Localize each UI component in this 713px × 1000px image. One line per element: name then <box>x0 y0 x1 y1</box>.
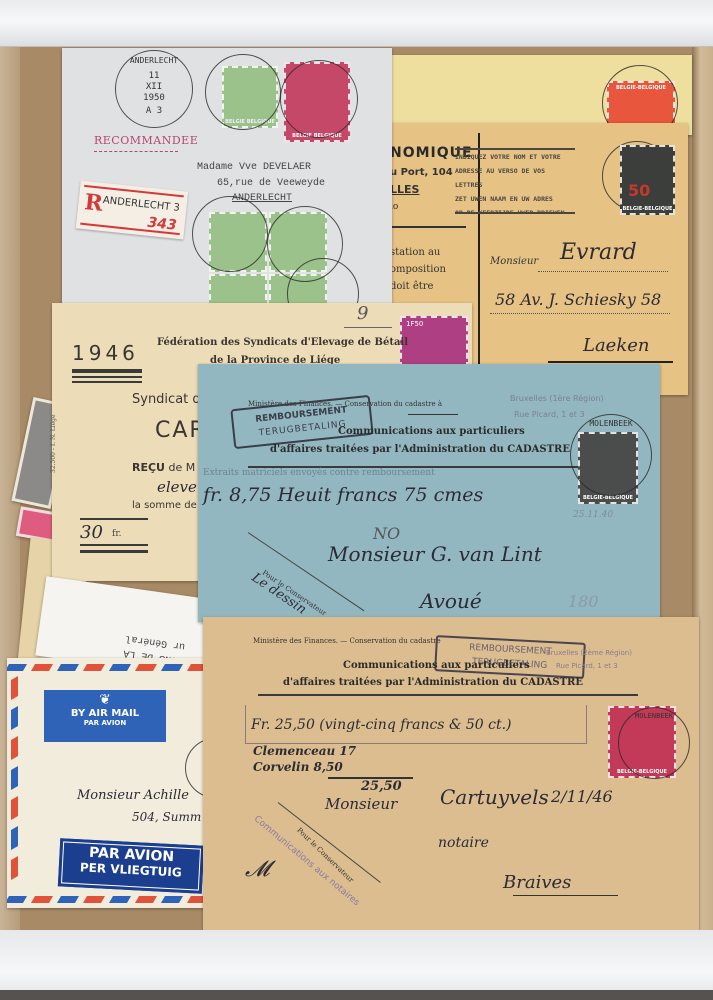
wings-icon: ❦ <box>44 692 166 708</box>
tan-calc-total: 25,50 <box>361 779 402 794</box>
stamp-purple-king: 1F50 <box>400 316 468 368</box>
hand-eleveur: eleve <box>157 478 197 496</box>
card-body-1: station au <box>390 247 440 258</box>
blue-office-1: Bruxelles (1ère Région) <box>510 394 604 403</box>
postmark-anderlecht-3 <box>280 60 358 138</box>
tan-signature: 𝓜 <box>245 857 270 882</box>
fr-label: fr. <box>112 529 122 539</box>
blue-cadastre-cover: Ministère des Finances. — Conservation d… <box>198 364 660 622</box>
box-bottom-shadow <box>0 990 713 1000</box>
tan-town: Braives <box>503 872 571 893</box>
blue-pencil-date: 25.11.40 <box>573 510 613 520</box>
dotted-line <box>490 313 670 314</box>
card-rule <box>390 226 466 228</box>
card-body-3: doit être <box>390 281 433 292</box>
town-underline <box>513 895 618 896</box>
tan-office-1: Bruxelles (2ème Région) <box>546 649 632 657</box>
tan-title-1: Communications aux particuliers <box>343 660 530 671</box>
tan-calc-2: Corvelin 8,50 <box>253 760 343 774</box>
amount-30: 30 <box>80 522 103 543</box>
blue-pencil-code: 180 <box>568 592 599 611</box>
federation-line-1: Fédération des Syndicats d'Elevage de Bé… <box>157 337 408 348</box>
reg-letter: R <box>83 189 104 217</box>
tan-calc-1: Clemenceau 17 <box>253 744 356 758</box>
airmail-hand-2: 504, Summ <box>132 810 201 824</box>
tan-rembourse-box: REMBOURSEMENT TERUGBETALING <box>434 635 586 679</box>
side-print: 32.500 - I. N. Liège <box>50 414 57 473</box>
tan-amount: Fr. 25,50 (vingt-cinq francs & 50 ct.) <box>251 717 512 733</box>
blue-title-1: Communications aux particuliers <box>338 426 525 437</box>
rule-b <box>72 376 142 378</box>
box-top-flap <box>0 0 713 47</box>
postmark-molenbeek-blue: MOLENBEEK <box>570 414 652 496</box>
monsieur-label: Monsieur <box>490 256 538 267</box>
slogan-line-1: INDIQUEZ VOTRE NOM ET VOTRE <box>455 150 575 164</box>
blue-title-2: d'affaires traitées par l'Administration… <box>270 444 570 455</box>
rule-a <box>72 369 142 373</box>
blue-pencil-no: NO <box>373 524 400 543</box>
stamp-leopold-50: 50 BELGIE-BELGIQUE <box>620 145 675 215</box>
blue-addressee: Monsieur G. van Lint <box>328 542 542 566</box>
card-bottom-rule <box>548 361 673 363</box>
blue-short-rule <box>408 414 458 415</box>
slogan-line-2: ADRESSE AU VERSO DE VOS LETTRES <box>455 164 575 192</box>
air-mail-label: ❦ BY AIR MAIL PAR AVION <box>44 690 166 742</box>
card-body-2: omposition <box>390 264 446 275</box>
tan-notaire: notaire <box>438 835 489 851</box>
blue-avoue: Avoué <box>420 589 482 613</box>
recu-rest: de M <box>169 461 196 474</box>
pencil-mark: 9 <box>357 303 368 324</box>
tan-name: Cartuyvels <box>440 785 549 809</box>
air-mail-text: BY AIR MAIL <box>44 708 166 719</box>
hand-street: 58 Av. J. Schiesky 58 <box>495 290 661 309</box>
stamp-label: BELGIE-BELGIQUE <box>622 206 673 212</box>
address-line-1: Madame Vve DEVELAER <box>197 162 311 173</box>
card-address-1: u Port, 104 <box>390 167 453 178</box>
tan-date-note: 2/11/46 <box>551 787 613 806</box>
rule-c <box>72 381 142 383</box>
par-avion-text: PAR AVION <box>44 719 166 727</box>
year-1946: 1946 <box>72 341 139 365</box>
recommandee-label: RECOMMANDEE <box>94 134 198 147</box>
blue-subline: Extraits matriciels envoyés contre rembo… <box>203 468 435 478</box>
slogan-line-4: OP DE KEERZIJDE UWER BRIEVEN <box>455 206 575 214</box>
postmark-anderlecht-2 <box>205 54 281 130</box>
rule-f <box>80 550 148 553</box>
rule-d <box>80 518 148 520</box>
recu-label: REÇU de M <box>132 461 195 474</box>
tan-office-2: Rue Picard, 1 et 3 <box>556 662 618 670</box>
tan-monsieur: Monsieur <box>325 795 397 813</box>
stamp-value: 1F50 <box>406 320 423 328</box>
registered-cover: ANDERLECHT 11 XII 1950 A 3 BELGIE BELGIQ… <box>62 48 392 310</box>
par-avion-etiquette: PAR AVION PER VLIEGTUIG <box>58 838 204 893</box>
blue-amount: fr. 8,75 Heuit francs 75 cmes <box>203 484 483 506</box>
stamp-overprint: 50 <box>628 181 650 200</box>
tan-rule <box>258 694 638 696</box>
blue-office-2: Rue Picard, 1 et 3 <box>514 410 585 419</box>
somme-label: la somme de <box>132 500 197 511</box>
registration-label: R ANDERLECHT 3 343 <box>76 180 188 239</box>
rule-e <box>80 544 148 546</box>
syndicat-label: Syndicat d <box>132 392 201 407</box>
postmark-anderlecht-4 <box>192 196 268 272</box>
slogan-line-3: ZET UWEN NAAM EN UW ADRES <box>455 192 575 206</box>
postmark-anderlecht-1: ANDERLECHT 11 XII 1950 A 3 <box>115 50 193 128</box>
address-line-2: 65,rue de Veeweyde <box>217 178 325 189</box>
recommandee-underline <box>94 151 178 152</box>
slogan-cancel: INDIQUEZ VOTRE NOM ET VOTRE ADRESSE AU V… <box>455 148 575 214</box>
tan-cadastre-cover: Ministère des Finances. — Conservation d… <box>203 617 699 930</box>
airmail-hand-1: Monsieur Achille <box>77 788 189 803</box>
pencil-underline <box>344 327 392 328</box>
tan-title-2: d'affaires traitées par l'Administration… <box>283 677 583 688</box>
hand-town: Laeken <box>583 335 650 356</box>
card-address-2: LLES <box>390 183 419 196</box>
recu-bold: REÇU <box>132 461 165 474</box>
postmark-molenbeek-tan: MOLENBEEK <box>618 707 690 779</box>
hand-name: Evrard <box>560 240 637 265</box>
reg-number: 343 <box>147 215 178 234</box>
tan-ministry: Ministère des Finances. — Conservation d… <box>253 637 441 645</box>
airmail-cover: ❦ BY AIR MAIL PAR AVION Monsieur Achille… <box>7 658 219 908</box>
dotted-line <box>538 271 668 272</box>
